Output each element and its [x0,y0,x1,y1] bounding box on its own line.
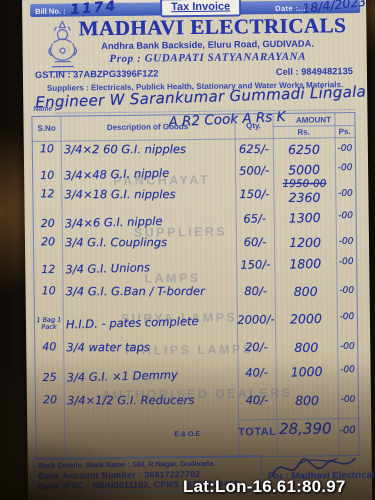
gstin: GST.IN : 37ABZPG3396F1Z2 [35,68,159,80]
col-header-rs: Rs. [273,127,335,137]
row-paise: -00 [335,211,355,222]
row-amount-cell: 1800 [274,253,336,274]
row-description: 3/4×2 60 G.I. nipples [64,142,236,156]
table-row: 10 3/4 G.I. G.Ban / T-border 80/- 800 -0… [35,282,357,307]
table-row: 1 Bag 1 Pack H.I.D. - pates complete 200… [35,308,358,340]
row-description: 3/4 G.I. Unions [65,258,237,276]
col-header-amount: AMOUNT [272,115,354,125]
col-header-sno: S.No [33,124,61,133]
total-amount-handwritten: 28,390 [270,419,340,438]
row-amount-cell: 1300 [273,207,335,228]
bill-no-label: Bill No. : [35,7,66,16]
row-rate: 80/- [237,284,275,298]
row-paise: -00 [335,144,355,154]
gps-latlon-overlay: Lat:Lon-16.61:80.97 [183,477,346,497]
row-qty: 10 [35,284,63,297]
row-paise: -00 [336,237,356,247]
row-description: 3/4×1/2 G.I. Reducers [67,393,239,407]
row-rate: 65/- [235,211,273,226]
row-paise: -00 [337,312,357,323]
eoe-label: E.& O.E [174,431,200,438]
row-description: 3/4 G.I. ×1 Demmy [66,366,238,384]
row-amount-cell: 6250 [273,140,335,159]
row-qty: 1 Bag 1 Pack [35,316,63,331]
row-qty: 12 [33,187,61,200]
row-qty: 10 [33,168,61,182]
table-row: 12 3/4 G.I. Unions 150/- 1800 -00 [34,253,357,285]
row-amount-cell: 800 [275,282,337,301]
row-paise: -00 [337,365,357,376]
row-amount-cell: 1950-00 2360 [273,185,335,207]
cell-number: Cell : 9849482135 [276,66,353,77]
row-rate: 150/- [236,257,274,272]
row-description: H.I.D. - pates complete [66,313,238,331]
invoice-photo: Bill No. : 1174 Tax Invoice Date :.... 1… [0,0,375,500]
row-amount-cell: 1200 [274,233,336,252]
row-description: 3/4×6 G.I. nipple [65,212,237,230]
col-header-qty: Qty. [235,121,273,130]
row-rate: 500/- [235,163,273,178]
row-rate: 20/- [237,340,275,354]
row-description: 3/4 water taps [66,340,238,354]
row-paise: -00 [337,342,357,352]
row-amount: 2000 [290,309,322,327]
row-qty: 20 [36,393,64,406]
company-address: Andhra Bank Backside, Eluru Road, GUDIVA… [63,38,353,52]
row-amount-cell: 800 [275,338,337,357]
row-paise: -00 [335,189,355,199]
row-amount: 1200 [289,233,321,250]
table-row: 12 3/4×18 G.I. nipples 150/- 1950-00 236… [33,185,355,210]
row-qty: 20 [34,235,62,248]
row-rate: 150/- [235,187,273,201]
row-amount: 800 [294,338,318,355]
row-amount: 800 [294,282,318,299]
row-rate: 625/- [235,142,273,156]
row-description: 3/4×18 G.I. nipples [64,187,236,201]
company-name: MADHAVI ELECTRICALS [62,13,362,42]
row-qty: 12 [34,262,62,276]
row-amount: 2360 [289,190,321,205]
items-table: S.No Description of Goods Qty. AMOUNT Rs… [31,112,359,460]
row-description: 3/4 G.I. Couplings [65,235,237,249]
row-rate: 40/- [238,393,276,407]
row-amount-struck: 1950-00 [273,179,335,189]
table-row: 40 3/4 water taps 20/- 800 -00 [35,338,357,363]
row-paise: -00 [338,395,358,405]
total-paise-handwritten: -00 [339,425,355,436]
row-paise: -00 [335,163,355,174]
row-amount: 1000 [290,362,322,380]
row-description: 3/4 G.I. G.Ban / T-border [66,284,238,298]
row-qty: 25 [35,370,63,384]
row-amount: 800 [295,391,319,408]
row-rate: 2000/- [237,312,275,327]
row-amount: 5000 [288,160,320,178]
row-qty: 20 [34,216,62,230]
row-amount-cell: 2000 [275,308,337,329]
row-amount-cell: 800 [276,391,338,410]
row-amount-cell: 1000 [275,361,337,382]
table-row: 20 3/4×1/2 G.I. Reducers 40/- 800 -00 [36,391,358,416]
col-header-description: Description of Goods [61,122,235,133]
row-rate: 40/- [237,365,275,380]
proprietor-line: Prop : GUDAPATI SATYANARAYANA [63,50,353,66]
row-amount: 1300 [288,208,320,226]
table-row: 25 3/4 G.I. ×1 Demmy 40/- 1000 -00 [35,361,358,393]
col-header-ps: Ps. [335,127,355,136]
row-qty: 10 [33,142,61,155]
row-paise: -00 [337,286,357,296]
row-amount: 6250 [288,140,320,157]
row-amount: 1800 [289,254,321,272]
row-rate: 60/- [236,235,274,249]
row-paise: -00 [336,257,356,268]
row-description: 3/4×48 G.I. nipple [64,164,236,182]
row-qty: 40 [35,340,63,353]
invoice-paper: Bill No. : 1174 Tax Invoice Date :.... 1… [22,0,372,500]
